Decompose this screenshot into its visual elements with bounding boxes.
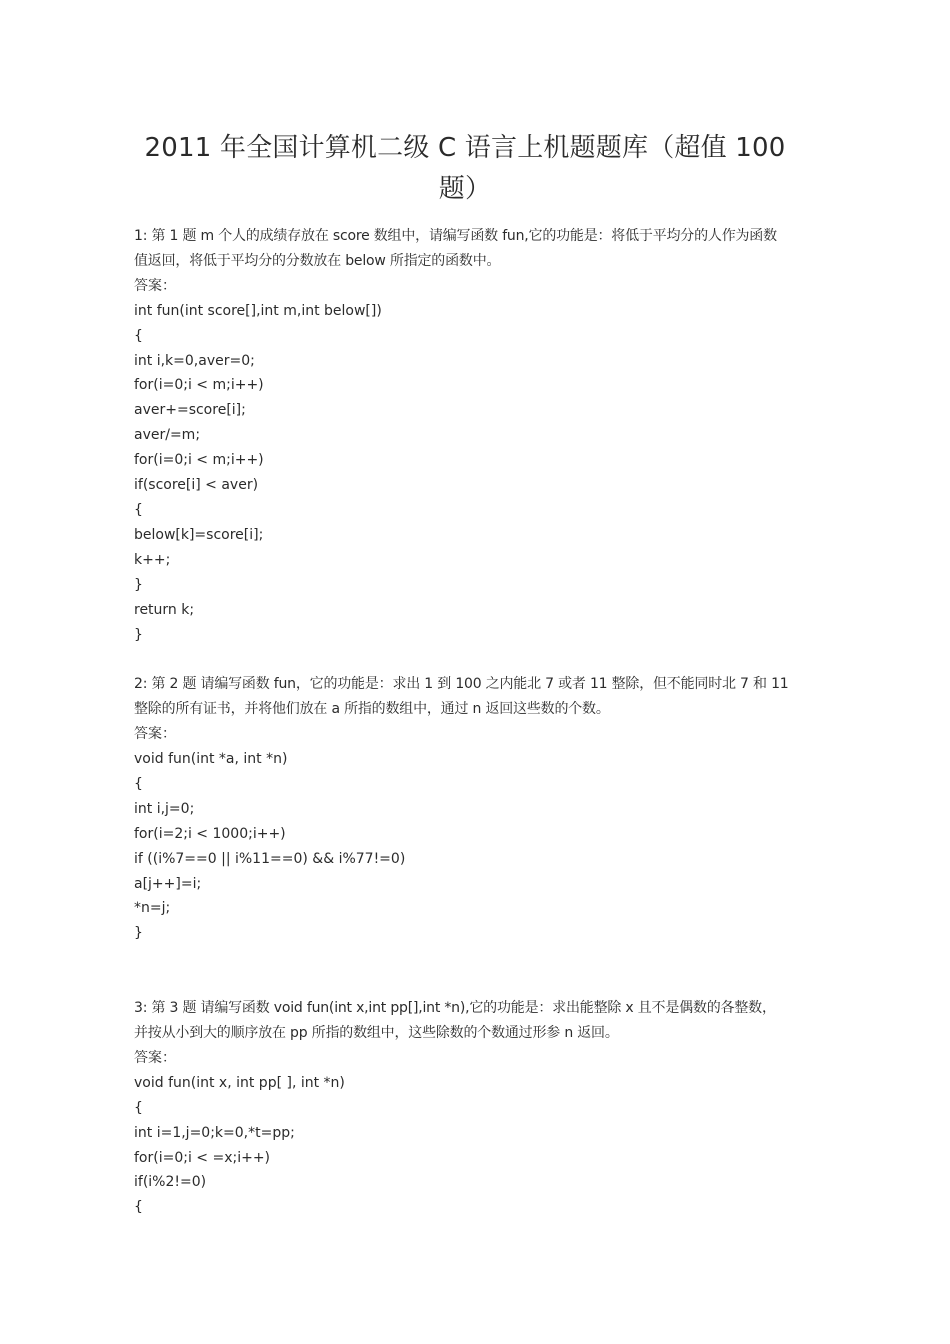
question-1-answer-label: 答案：	[134, 274, 804, 299]
question-1: 1: 第 1 题 m 个人的成绩存放在 score 数组中，请编写函数 fun,…	[134, 224, 804, 647]
question-3-code-block: void fun(int x, int pp[ ], int *n) { int…	[134, 1071, 804, 1220]
code-line: {	[134, 772, 804, 797]
code-line: for(i=0;i < =x;i++)	[134, 1146, 804, 1171]
question-3-answer-label: 答案：	[134, 1046, 804, 1071]
code-line: }	[134, 921, 804, 946]
code-line: }	[134, 623, 804, 648]
title-line-1: 2011 年全国计算机二级 C 语言上机题题库（超值 100	[134, 128, 796, 169]
question-1-text-line-1: 1: 第 1 题 m 个人的成绩存放在 score 数组中，请编写函数 fun,…	[134, 224, 804, 249]
question-2-answer-label: 答案：	[134, 722, 804, 747]
question-2: 2: 第 2 题 请编写函数 fun，它的功能是：求出 1 到 100 之内能北…	[134, 672, 804, 946]
question-1-text-line-2: 值返回，将低于平均分的分数放在 below 所指定的函数中。	[134, 249, 804, 274]
code-line: int i,j=0;	[134, 797, 804, 822]
code-line: for(i=2;i < 1000;i++)	[134, 822, 804, 847]
document-title: 2011 年全国计算机二级 C 语言上机题题库（超值 100 题）	[134, 128, 796, 210]
code-line: if ((i%7==0 || i%11==0) && i%77!=0)	[134, 847, 804, 872]
question-3-text-line-2: 并按从小到大的顺序放在 pp 所指的数组中，这些除数的个数通过形参 n 返回。	[134, 1021, 804, 1046]
question-2-text-line-2: 整除的所有证书，并将他们放在 a 所指的数组中，通过 n 返回这些数的个数。	[134, 697, 804, 722]
code-line: {	[134, 1096, 804, 1121]
title-line-2: 题）	[134, 169, 796, 210]
code-line: void fun(int *a, int *n)	[134, 747, 804, 772]
question-2-code-block: void fun(int *a, int *n) { int i,j=0; fo…	[134, 747, 804, 946]
document-body: 1: 第 1 题 m 个人的成绩存放在 score 数组中，请编写函数 fun,…	[134, 224, 804, 1220]
code-line: void fun(int x, int pp[ ], int *n)	[134, 1071, 804, 1096]
code-line: aver+=score[i];	[134, 398, 804, 423]
code-line: int i,k=0,aver=0;	[134, 349, 804, 374]
code-line: {	[134, 324, 804, 349]
spacer	[134, 647, 804, 672]
code-line: for(i=0;i < m;i++)	[134, 448, 804, 473]
question-3: 3: 第 3 题 请编写函数 void fun(int x,int pp[],i…	[134, 996, 804, 1220]
question-1-code-block: int fun(int score[],int m,int below[]) {…	[134, 299, 804, 648]
code-line: int fun(int score[],int m,int below[])	[134, 299, 804, 324]
code-line: below[k]=score[i];	[134, 523, 804, 548]
question-2-text-line-1: 2: 第 2 题 请编写函数 fun，它的功能是：求出 1 到 100 之内能北…	[134, 672, 804, 697]
code-line: k++;	[134, 548, 804, 573]
code-line: {	[134, 498, 804, 523]
code-line: *n=j;	[134, 896, 804, 921]
code-line: int i=1,j=0;k=0,*t=pp;	[134, 1121, 804, 1146]
code-line: a[j++]=i;	[134, 872, 804, 897]
document-page: 2011 年全国计算机二级 C 语言上机题题库（超值 100 题） 1: 第 1…	[0, 0, 950, 1344]
question-3-text-line-1: 3: 第 3 题 请编写函数 void fun(int x,int pp[],i…	[134, 996, 804, 1021]
spacer	[134, 946, 804, 996]
code-line: if(i%2!=0)	[134, 1170, 804, 1195]
code-line: for(i=0;i < m;i++)	[134, 373, 804, 398]
code-line: {	[134, 1195, 804, 1220]
code-line: aver/=m;	[134, 423, 804, 448]
code-line: }	[134, 573, 804, 598]
code-line: return k;	[134, 598, 804, 623]
code-line: if(score[i] < aver)	[134, 473, 804, 498]
